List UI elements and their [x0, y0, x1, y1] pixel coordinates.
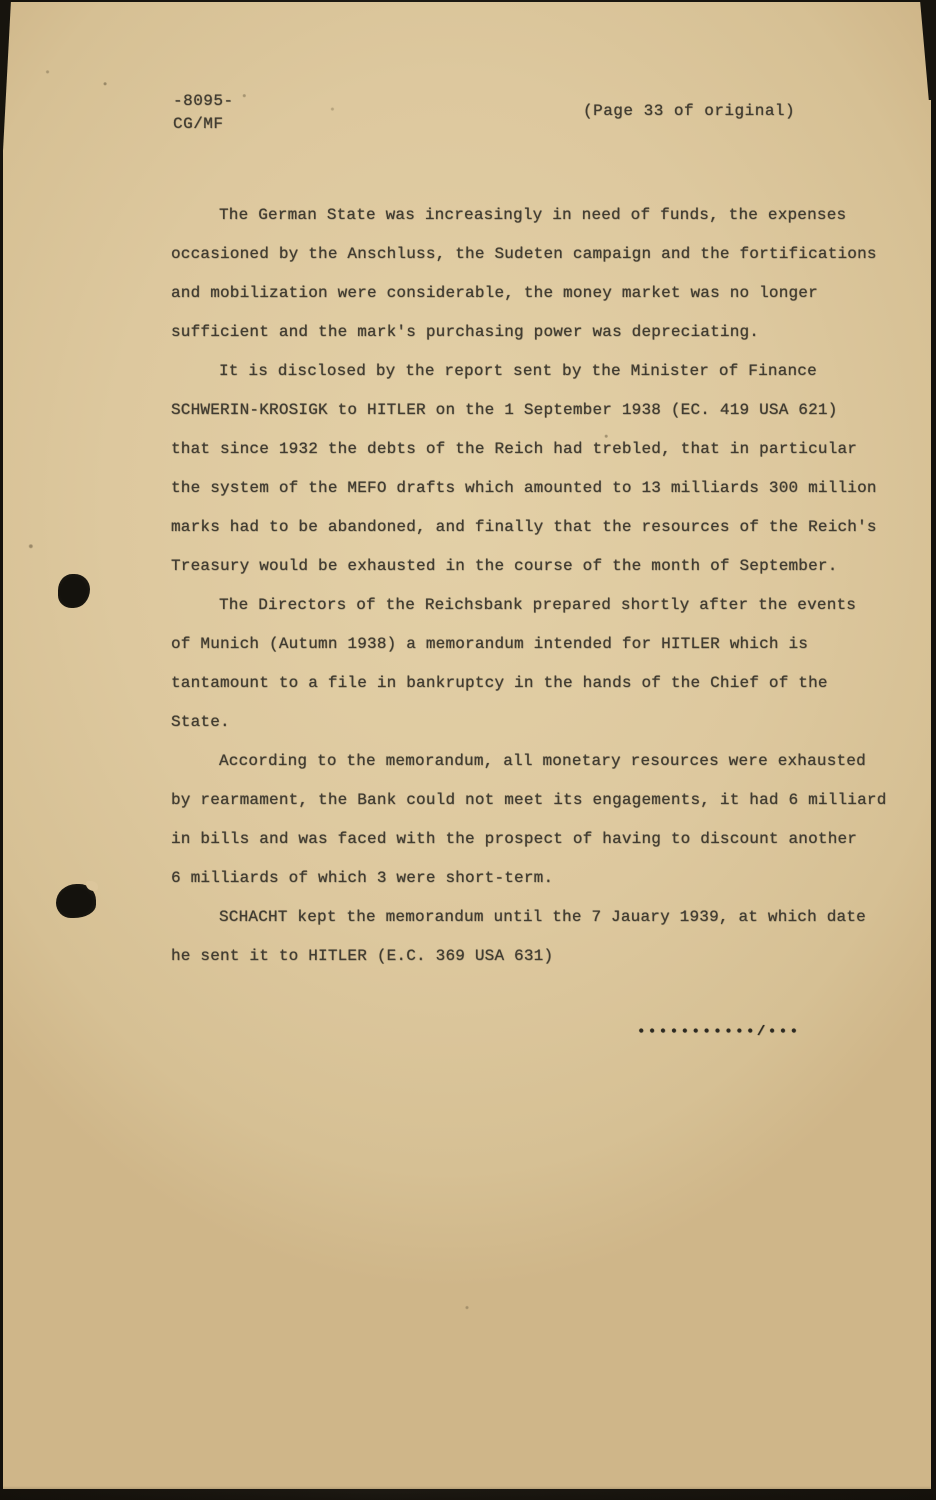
- text-line: marks had to be abandoned, and finally t…: [171, 518, 887, 557]
- text-line: by rearmament, the Bank could not meet i…: [171, 791, 887, 830]
- text-line: tantamount to a file in bankruptcy in th…: [171, 674, 887, 713]
- paragraph: According to the memorandum, all monetar…: [171, 752, 887, 908]
- text-line: that since 1932 the debts of the Reich h…: [171, 440, 887, 479]
- scan-edge-bottom-shade: [0, 1486, 936, 1500]
- text-line: According to the memorandum, all monetar…: [171, 752, 887, 791]
- document-body: The German State was increasingly in nee…: [171, 206, 887, 986]
- text-line: the system of the MEFO drafts which amou…: [171, 479, 887, 518]
- header-left-block: -8095- CG/MF: [173, 90, 234, 136]
- text-line: occasioned by the Anschluss, the Sudeten…: [171, 245, 887, 284]
- text-line: SCHACHT kept the memorandum until the 7 …: [171, 908, 887, 947]
- text-line: State.: [171, 713, 887, 752]
- paragraph: The Directors of the Reichsbank prepared…: [171, 596, 887, 752]
- reference-code: CG/MF: [173, 113, 234, 136]
- ink-blot-1: [58, 574, 90, 608]
- paragraph: The German State was increasingly in nee…: [171, 206, 887, 362]
- text-line: SCHWERIN-KROSIGK to HITLER on the 1 Sept…: [171, 401, 887, 440]
- text-line: sufficient and the mark's purchasing pow…: [171, 323, 887, 362]
- text-line: The Directors of the Reichsbank prepared…: [171, 596, 887, 635]
- text-line: he sent it to HITLER (E.C. 369 USA 631): [171, 947, 887, 986]
- text-line: Treasury would be exhausted in the cours…: [171, 557, 887, 596]
- text-line: 6 milliards of which 3 were short-term.: [171, 869, 887, 908]
- ink-blot-2: [56, 884, 96, 918]
- paper-sheet: -8095- CG/MF (Page 33 of original) The G…: [3, 2, 931, 1489]
- paragraph: SCHACHT kept the memorandum until the 7 …: [171, 908, 887, 986]
- text-line: and mobilization were considerable, the …: [171, 284, 887, 323]
- continuation-mark: •••••••••••/•••: [637, 1024, 801, 1040]
- doc-number: -8095-: [173, 90, 234, 113]
- page-reference: (Page 33 of original): [583, 102, 795, 120]
- paragraph: It is disclosed by the report sent by th…: [171, 362, 887, 596]
- text-line: in bills and was faced with the prospect…: [171, 830, 887, 869]
- text-line: of Munich (Autumn 1938) a memorandum int…: [171, 635, 887, 674]
- text-line: The German State was increasingly in nee…: [171, 206, 887, 245]
- text-line: It is disclosed by the report sent by th…: [171, 362, 887, 401]
